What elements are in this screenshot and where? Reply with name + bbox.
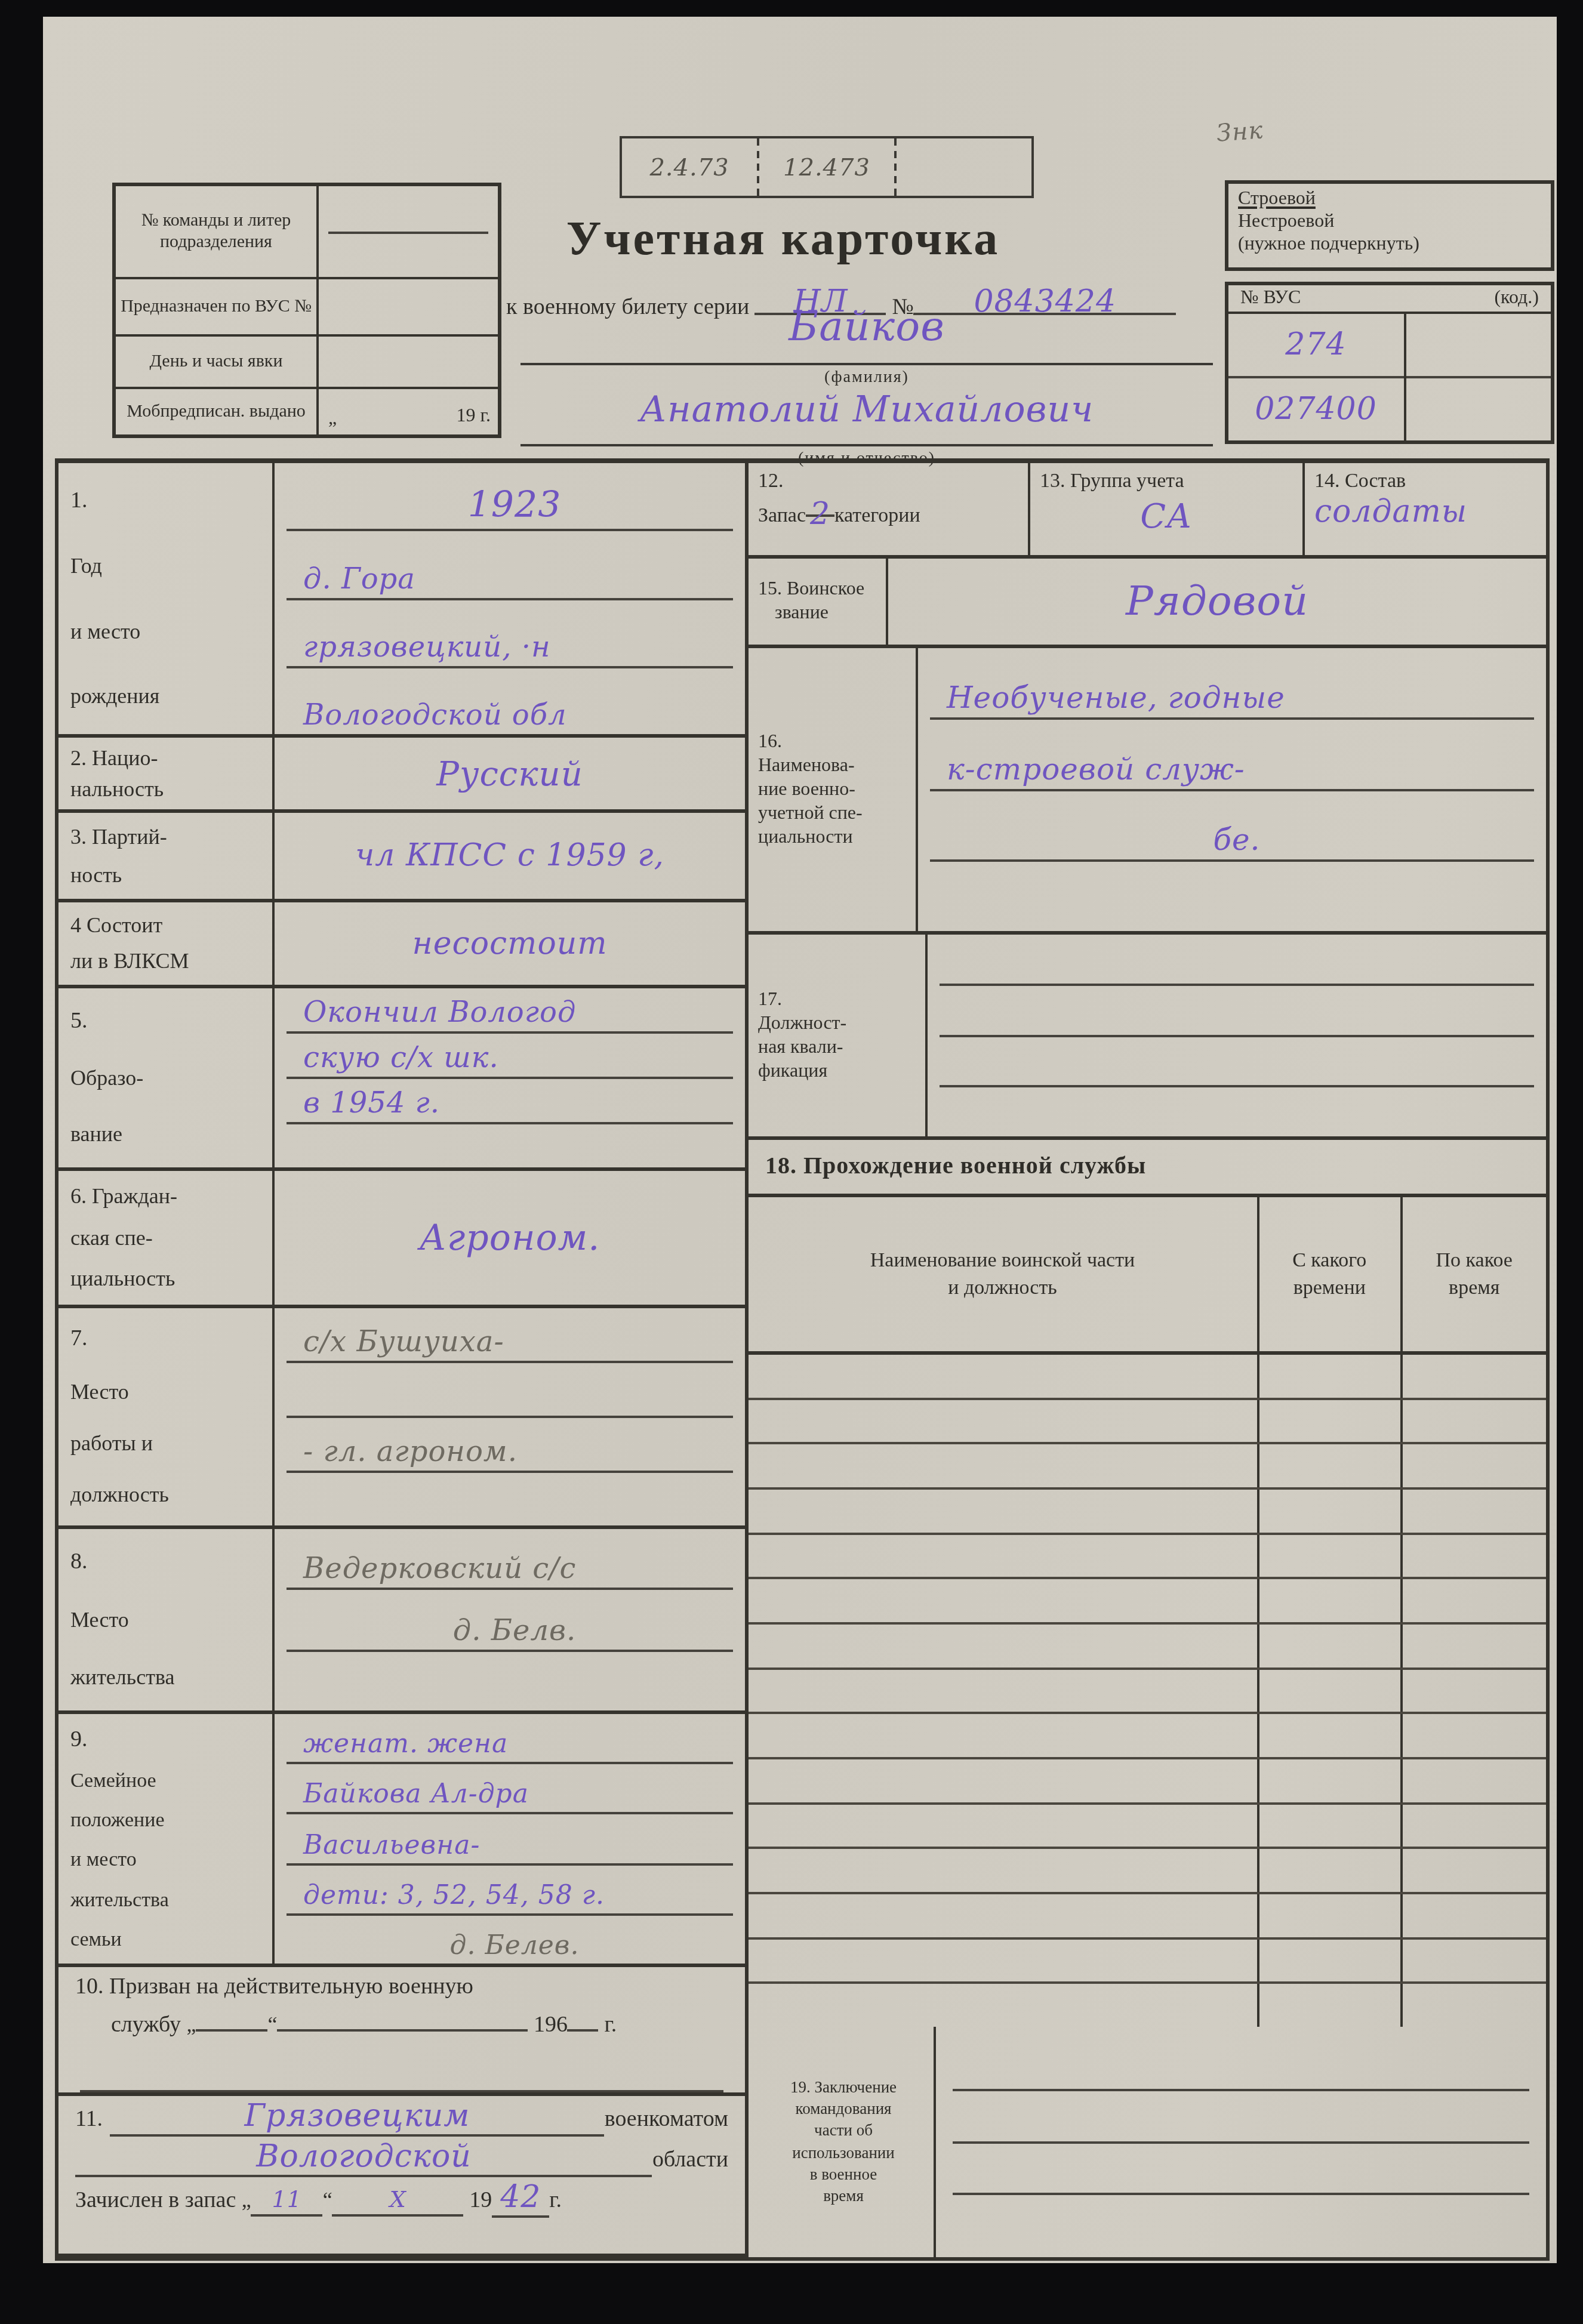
item-17-label: 17. Должност- ная квали- фикация: [749, 935, 928, 1136]
row-report-time: День и часы явки: [116, 337, 498, 389]
item-16-specialty: 16. Наименова- ние военно- учетной спе- …: [749, 648, 1546, 935]
item-11-line-2: Вологодской области: [75, 2139, 728, 2177]
stamp-cell-2: 12.473: [759, 138, 897, 196]
ruled-line: [287, 1651, 733, 1710]
stamp-date-1: 2.4.73: [649, 153, 729, 181]
card-header: № команды и литер подразделения Предназн…: [43, 17, 1557, 458]
table-row: [749, 1939, 1546, 1984]
date-stamp-box: 2.4.73 12.473: [620, 136, 1034, 198]
quote-mark: „: [242, 2188, 251, 2213]
item-16-label: 16. Наименова- ние военно- учетной спе- …: [749, 648, 918, 931]
empty-cell: [1406, 314, 1551, 378]
item-5-education: 5. Образо- вание Окончил Вологод скую с/…: [58, 988, 745, 1171]
vus-left-column: 274 027400: [1228, 314, 1406, 440]
item-11-line-3: Зачислен в запас „11“X 1942г.: [75, 2180, 728, 2218]
item-1-label: 1. Год и место рождения: [58, 463, 275, 734]
row-vus-purpose: Предназначен по ВУС №: [116, 279, 498, 337]
item-6-value: Агроном.: [275, 1171, 745, 1305]
day-blank: 11: [251, 2187, 323, 2217]
ruled-line: д. Белв.: [287, 1591, 733, 1652]
item-10-conscription: 10. Призван на действительную военную сл…: [58, 1967, 745, 2096]
item-16-value: Необученые, годные к-строевой служ- бе.: [918, 648, 1546, 931]
name-value: Анатолий Михайлович: [640, 389, 1094, 431]
ruled-line: [940, 935, 1534, 986]
item-7-value: с/х Бушуиха- - гл. агроном.: [275, 1308, 745, 1525]
team-number-label: № команды и литер подразделения: [116, 186, 319, 277]
item-9-label: 9. Семейное положение и место жительства…: [58, 1714, 275, 1964]
item-6-label: 6. Граждан- ская спе- циальность: [58, 1171, 275, 1305]
ruled-line: д. Белев.: [287, 1916, 733, 1964]
ruled-line: д. Гора: [287, 532, 733, 600]
item-4-label: 4 Состоит ли в ВЛКСМ: [58, 902, 275, 985]
report-time-value: [319, 337, 498, 387]
name-field: Анатолий Михайлович: [521, 389, 1213, 446]
ruled-line: [80, 2051, 723, 2092]
item-15-value: Рядовой: [888, 559, 1546, 645]
ruled-line: к-строевой служ-: [930, 720, 1534, 791]
item-17-qualification: 17. Должност- ная квали- фикация: [749, 935, 1546, 1140]
item-7-workplace: 7. Место работы и должность с/х Бушуиха-…: [58, 1308, 745, 1529]
item-4-vlksm: 4 Состоит ли в ВЛКСМ несостоит: [58, 902, 745, 988]
option-nestroevoy: Нестроевой: [1238, 210, 1541, 233]
month-blank: X: [332, 2187, 464, 2217]
report-time-label: День и часы явки: [116, 337, 319, 387]
main-form-area: 1. Год и место рождения 1923 д. Гора гря…: [55, 458, 1550, 2261]
ruled-line: [940, 1037, 1534, 1088]
mobilization-box: № команды и литер подразделения Предназн…: [112, 183, 501, 438]
items-12-13-14-row: 12. Запас2категории 13. Группа учета СА …: [749, 463, 1546, 559]
item-10-line-1: 10. Призван на действительную военную: [75, 1974, 728, 2001]
ruled-line: [287, 1363, 733, 1418]
vus-code-label: (код.): [1494, 288, 1539, 309]
ruled-line: [953, 2143, 1529, 2196]
service-table-header: Наименование воинской части и должность …: [749, 1197, 1546, 1355]
stamp-cell-3: [897, 138, 1031, 196]
vus-label: № ВУС: [1240, 288, 1301, 309]
vus-number-box: № ВУС (код.) 274 027400: [1225, 282, 1554, 444]
vus-code-cell: 027400: [1228, 378, 1403, 440]
day-blank: [196, 2029, 267, 2032]
column-to-date: По какое время: [1403, 1197, 1547, 1351]
ruled-line: Вологодской обл: [287, 668, 733, 735]
table-row: [749, 1804, 1546, 1849]
vus-code-value: 027400: [1255, 392, 1377, 427]
item-11-line-1: 11. Грязовецким военкоматом: [75, 2098, 728, 2137]
item-1-value: 1923 д. Гора грязовецкий, ·н Вологодской…: [275, 463, 745, 734]
vus-purpose-label: Предназначен по ВУС №: [116, 279, 319, 334]
item-15-rank: 15. Воинское звание Рядовой: [749, 559, 1546, 648]
ruled-line: [953, 2196, 1529, 2246]
item-3-value: чл КПСС с 1959 г,: [275, 813, 745, 899]
ruled-line: [287, 1473, 733, 1525]
ruled-line: [953, 2039, 1529, 2091]
table-row: [749, 1715, 1546, 1759]
ruled-line: 1923: [287, 463, 733, 532]
column-unit-position: Наименование воинской части и должность: [749, 1197, 1259, 1351]
quote-mark: „: [328, 408, 337, 430]
item-19-label: 19. Заключение командования части об исп…: [749, 2027, 936, 2257]
item-3-party: 3. Партий- ность чл КПСС с 1959 г,: [58, 813, 745, 902]
stamp-date-2: 12.473: [783, 153, 870, 181]
item-11-commissariat: 11. Грязовецким военкоматом Вологодской …: [58, 2096, 745, 2257]
ruled-line: в 1954 г.: [287, 1079, 733, 1124]
ruled-line: [940, 1088, 1534, 1137]
item-7-label: 7. Место работы и должность: [58, 1308, 275, 1525]
commissariat-blank: Грязовецким: [110, 2098, 605, 2137]
item-4-value: несостоит: [275, 902, 745, 985]
option-stroevoy: Строевой: [1238, 187, 1541, 210]
table-row: [749, 1490, 1546, 1534]
item-6-civil-profession: 6. Граждан- ская спе- циальность Агроном…: [58, 1171, 745, 1308]
scanned-page: № команды и литер подразделения Предназн…: [0, 0, 1583, 2324]
service-table-body: [749, 1355, 1546, 2027]
item-8-residence: 8. Место жительства Ведерковский с/с д. …: [58, 1529, 745, 1714]
item-15-label: 15. Воинское звание: [749, 559, 888, 645]
ruled-line: дети: 3, 52, 54, 58 г.: [287, 1865, 733, 1915]
right-column: 12. Запас2категории 13. Группа учета СА …: [749, 463, 1546, 2257]
item-10-line-2: службу „“ 196 г.: [75, 2012, 728, 2039]
table-row: [749, 1400, 1546, 1444]
table-row: [749, 1445, 1546, 1490]
vus-value-cell: 274: [1228, 314, 1403, 378]
page-title: Учетная карточка: [485, 210, 1082, 266]
vus-value: 274: [1285, 327, 1346, 363]
underline-note: (нужное подчеркнуть): [1238, 233, 1541, 256]
ruled-line: бе.: [930, 791, 1534, 862]
ruled-line: [953, 2091, 1529, 2144]
ruled-line: [287, 1124, 733, 1167]
vus-purpose-value: [319, 279, 498, 334]
surname-caption: (фамилия): [521, 369, 1213, 388]
item-14-composition: 14. Состав солдаты: [1305, 463, 1546, 555]
table-row: [749, 1669, 1546, 1714]
table-row: [749, 1850, 1546, 1894]
vus-box-body: 274 027400: [1228, 314, 1551, 440]
ruled-line: Необученые, годные: [930, 648, 1534, 720]
stamp-cell-1: 2.4.73: [622, 138, 759, 196]
ruled-line: грязовецкий, ·н: [287, 600, 733, 668]
row-mob-order: Мобпредписан. выдано „ 19 г.: [116, 389, 498, 434]
column-from-date: С какого времени: [1259, 1197, 1402, 1351]
item-2-nationality: 2. Нацио- нальность Русский: [58, 738, 745, 813]
item-18-title: 18. Прохождение военной службы: [749, 1140, 1546, 1197]
team-number-value: [319, 186, 498, 277]
item-8-value: Ведерковский с/с д. Белв.: [275, 1529, 745, 1710]
table-row: [749, 1534, 1546, 1579]
item-12-reserve: 12. Запас2категории: [749, 463, 1030, 555]
item-1-birth: 1. Год и место рождения 1923 д. Гора гря…: [58, 463, 745, 738]
ruled-line: с/х Бушуиха-: [287, 1308, 733, 1363]
ruled-line: скую с/х шк.: [287, 1034, 733, 1079]
table-row: [749, 1984, 1546, 2027]
item-2-value: Русский: [275, 738, 745, 809]
stroevoy-box: Строевой Нестроевой (нужное подчеркнуть): [1225, 180, 1554, 271]
item-8-label: 8. Место жительства: [58, 1529, 275, 1710]
vus-box-header: № ВУС (код.): [1228, 285, 1551, 314]
month-blank: [277, 2029, 528, 2032]
table-row: [749, 1894, 1546, 1939]
item-3-label: 3. Партий- ность: [58, 813, 275, 899]
item-13-group: 13. Группа учета СА: [1030, 463, 1305, 555]
empty-cell: [1406, 378, 1551, 440]
item-19-value: [936, 2027, 1546, 2257]
item-9-family: 9. Семейное положение и место жительства…: [58, 1714, 745, 1967]
mob-order-value: „ 19 г.: [319, 389, 498, 434]
ruled-line: [940, 986, 1534, 1037]
left-column: 1. Год и место рождения 1923 д. Гора гря…: [58, 463, 749, 2257]
ruled-line: Окончил Вологод: [287, 988, 733, 1034]
quote-mark: “: [323, 2188, 332, 2213]
table-row: [749, 1759, 1546, 1804]
category-blank: 2: [806, 494, 834, 517]
ruled-line: женат. жена: [287, 1714, 733, 1764]
surname-value: Байков: [789, 303, 944, 351]
vus-right-column: [1406, 314, 1551, 440]
year-blank: [568, 2029, 599, 2032]
year-blank: 42: [492, 2180, 549, 2218]
ruled-line: Ведерковский с/с: [287, 1529, 733, 1591]
ruled-line: - гл. агроном.: [287, 1418, 733, 1473]
item-5-label: 5. Образо- вание: [58, 988, 275, 1167]
ruled-line: Васильевна-: [287, 1815, 733, 1865]
item-5-value: Окончил Вологод скую с/х шк. в 1954 г.: [275, 988, 745, 1167]
ruled-line: [328, 232, 488, 234]
registration-card: № команды и литер подразделения Предназн…: [43, 17, 1557, 2263]
quote-mark: „: [186, 2012, 196, 2038]
ruled-line: Байкова Ал-дра: [287, 1764, 733, 1814]
quote-mark: “: [267, 2012, 277, 2038]
table-row: [749, 1580, 1546, 1625]
pencil-note: Знк: [1215, 115, 1264, 147]
item-19-conclusion: 19. Заключение командования части об исп…: [749, 2027, 1546, 2257]
year-blank: 19 г.: [456, 406, 491, 427]
region-blank: Вологодской: [75, 2139, 652, 2177]
table-row: [749, 1355, 1546, 1400]
item-17-value: [928, 935, 1546, 1136]
mob-order-label: Мобпредписан. выдано: [116, 389, 319, 434]
item-2-label: 2. Нацио- нальность: [58, 738, 275, 809]
table-row: [749, 1625, 1546, 1669]
row-team-number: № команды и литер подразделения: [116, 186, 498, 279]
surname-field: Байков: [521, 303, 1213, 365]
ruled-line: [930, 862, 1534, 932]
item-9-value: женат. жена Байкова Ал-дра Васильевна- д…: [275, 1714, 745, 1964]
